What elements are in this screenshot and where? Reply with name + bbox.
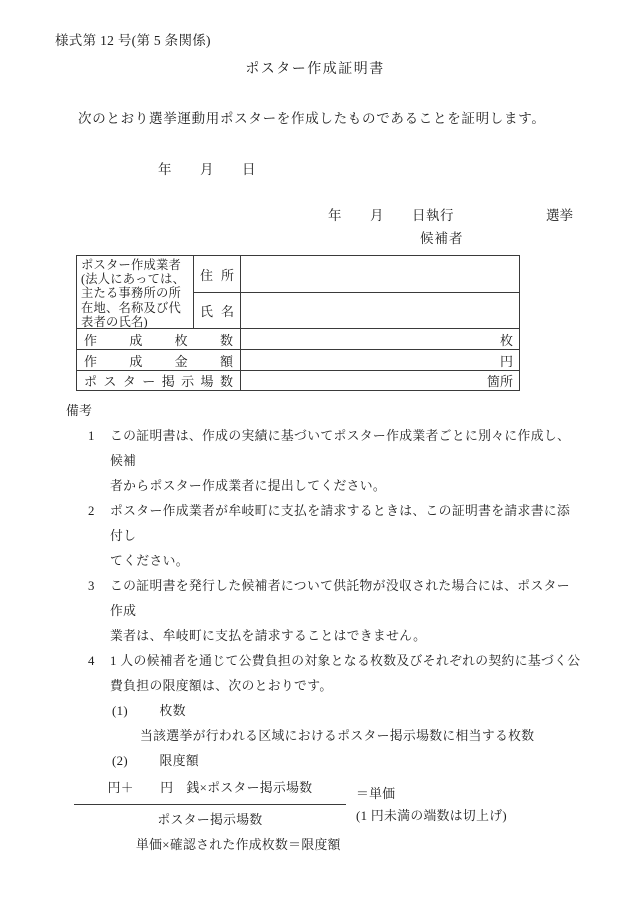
remark-text: この証明書は、作成の実績に基づいてポスター作成業者ごとに別々に作成し、候補 者か… xyxy=(110,424,582,499)
remark-number: 2 xyxy=(88,499,95,524)
address-label-cell: 住 所 xyxy=(194,256,241,293)
amount-unit: 円 xyxy=(500,351,513,370)
formula-fraction: 円＋ 円 銭×ポスター掲示場数 ポスター掲示場数 xyxy=(74,776,346,833)
remarks-heading: 備考 xyxy=(66,399,582,424)
formula-numerator: 円＋ 円 銭×ポスター掲示場数 xyxy=(74,776,346,805)
election-date-line: 年 月 日執行 xyxy=(328,204,454,224)
formula-equals-block: ＝単価 (1 円未満の端数は切上げ) xyxy=(356,783,507,827)
subitem-1-number: (1) xyxy=(112,704,128,718)
subitem-1-body: 当該選挙が行われる区域におけるポスター掲示場数に相当する枚数 xyxy=(66,724,582,749)
display-sites-unit: 箇所 xyxy=(487,371,513,390)
name-label: 氏 名 xyxy=(200,301,234,320)
remark-number: 4 xyxy=(88,649,95,674)
certificate-table: ポスター作成業者 (法人にあっては、 主たる事務所の所 在地、名称及び代 表者の… xyxy=(76,255,520,391)
amount-label: 作 成 金 額 xyxy=(84,351,233,370)
page-title: ポスター作成証明書 xyxy=(0,58,630,78)
remark-item-2: 2 ポスター作成業者が牟岐町に支払を請求するときは、この証明書を請求書に添付し … xyxy=(66,499,582,574)
remark-text: この証明書を発行した候補者について供託物が没収された場合には、ポスター作成 業者… xyxy=(110,574,582,649)
remark-number: 3 xyxy=(88,574,95,599)
formula-rounding-note: (1 円未満の端数は切上げ) xyxy=(356,805,507,827)
intro-text: 次のとおり選挙運動用ポスターを作成したものであることを証明します。 xyxy=(78,107,546,127)
formula-final-line: 単価×確認された作成枚数＝限度額 xyxy=(74,833,582,858)
certificate-date-line: 年 月 日 xyxy=(158,158,256,178)
poster-maker-label-cell: ポスター作成業者 (法人にあっては、 主たる事務所の所 在地、名称及び代 表者の… xyxy=(77,256,194,329)
election-suffix-label: 選挙 xyxy=(546,204,573,224)
poster-count-unit: 枚 xyxy=(500,330,513,349)
unit-price-formula: 円＋ 円 銭×ポスター掲示場数 ポスター掲示場数 ＝単価 (1 円未満の端数は切… xyxy=(66,776,582,858)
poster-count-label-cell: 作 成 枚 数 xyxy=(77,329,241,350)
display-sites-label-cell: ポ ス タ ー 掲 示 場 数 xyxy=(77,371,241,390)
name-label-cell: 氏 名 xyxy=(194,293,241,329)
formula-denominator: ポスター掲示場数 xyxy=(74,805,346,833)
display-sites-value-field[interactable]: 箇所 xyxy=(241,371,519,390)
form-number: 様式第 12 号(第 5 条関係) xyxy=(55,29,211,49)
formula-equals: ＝単価 xyxy=(356,783,507,805)
remark-item-4: 4 1 人の候補者を通じて公費負担の対象となる枚数及びそれぞれの契約に基づく公 … xyxy=(66,649,582,699)
remark-item-3: 3 この証明書を発行した候補者について供託物が没収された場合には、ポスター作成 … xyxy=(66,574,582,649)
address-label: 住 所 xyxy=(200,265,234,284)
subitem-2-label: 限度額 xyxy=(132,754,199,768)
candidate-label: 候補者 xyxy=(420,227,464,247)
document-page: 様式第 12 号(第 5 条関係) ポスター作成証明書 次のとおり選挙運動用ポス… xyxy=(0,0,630,903)
subitem-1-label: 枚数 xyxy=(132,704,186,718)
poster-count-label: 作 成 枚 数 xyxy=(84,330,233,349)
subitem-1-heading: (1) 枚数 xyxy=(66,699,582,724)
poster-count-value-field[interactable]: 枚 xyxy=(241,329,519,350)
remark-item-1: 1 この証明書は、作成の実績に基づいてポスター作成業者ごとに別々に作成し、候補 … xyxy=(66,424,582,499)
subitem-2-number: (2) xyxy=(112,754,128,768)
remarks-section: 備考 1 この証明書は、作成の実績に基づいてポスター作成業者ごとに別々に作成し、… xyxy=(66,399,582,858)
amount-label-cell: 作 成 金 額 xyxy=(77,350,241,371)
display-sites-label: ポ ス タ ー 掲 示 場 数 xyxy=(84,371,233,390)
amount-value-field[interactable]: 円 xyxy=(241,350,519,371)
address-value-field[interactable] xyxy=(241,256,519,293)
subitem-2-heading: (2) 限度額 xyxy=(66,749,582,774)
remark-number: 1 xyxy=(88,424,95,449)
remark-text: ポスター作成業者が牟岐町に支払を請求するときは、この証明書を請求書に添付し てく… xyxy=(110,499,582,574)
remark-text: 1 人の候補者を通じて公費負担の対象となる枚数及びそれぞれの契約に基づく公 費負… xyxy=(110,649,582,699)
name-value-field[interactable] xyxy=(241,293,519,329)
formula-row: 円＋ 円 銭×ポスター掲示場数 ポスター掲示場数 ＝単価 (1 円未満の端数は切… xyxy=(74,776,582,833)
